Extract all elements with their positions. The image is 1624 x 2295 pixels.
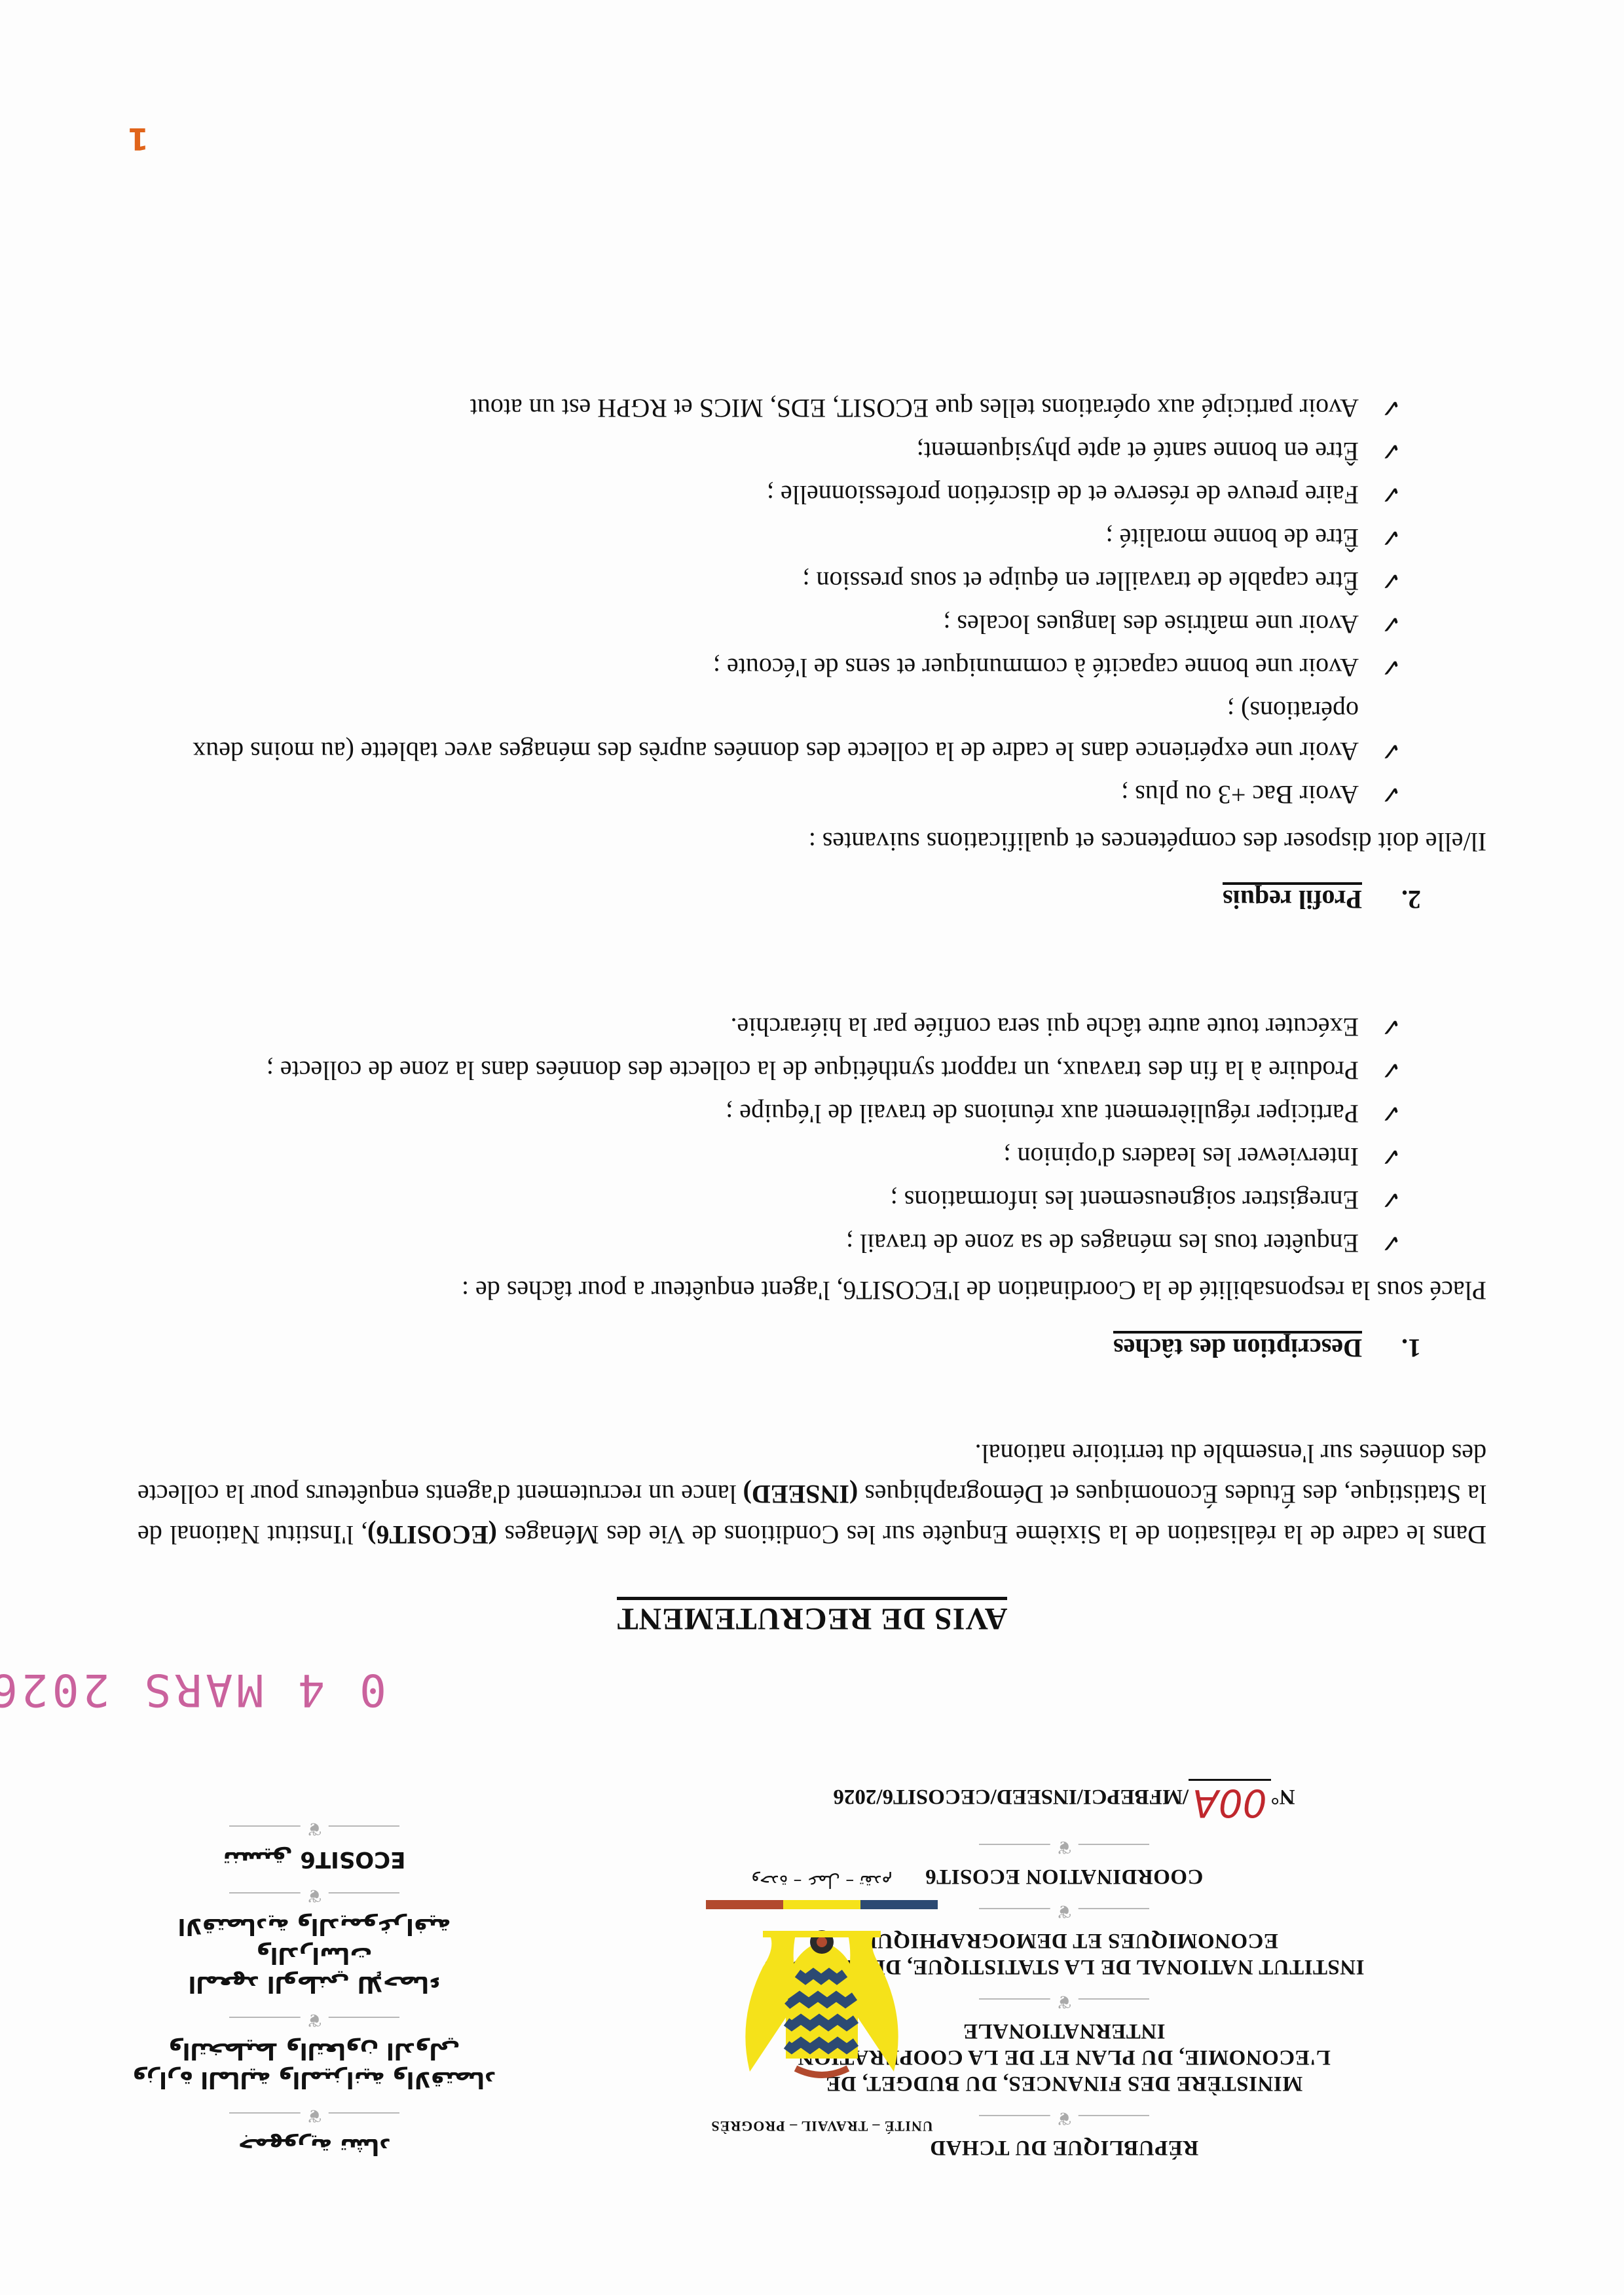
ornament-divider-icon bbox=[229, 2007, 399, 2027]
section-lead: Placé sous la responsabilité de la Coord… bbox=[138, 1270, 1486, 1311]
section-number: 2. bbox=[1362, 879, 1421, 920]
coordination-arabic: تنسيق ECOSIT6 bbox=[131, 1845, 498, 1874]
motto: UNITÉ – TRAVAIL – PROGRÈS bbox=[694, 2118, 950, 2135]
ornament-divider-icon bbox=[979, 2106, 1149, 2125]
motto-arabic: وحدة – عمل – تقدم bbox=[694, 1871, 950, 1891]
list-item: Faire preuve de réserve et de discrétion… bbox=[138, 474, 1486, 515]
page-title: AVIS DE RECRUTEMENT bbox=[0, 1601, 1624, 1637]
list-item: Être en bonne santé et apte physiquement… bbox=[138, 431, 1486, 472]
list-item: Être capable de travailler en équipe et … bbox=[138, 561, 1486, 601]
page-number: 1 bbox=[128, 121, 149, 157]
reference-number: N°00A/MFBEPCI/INSEED/CECOSIT6/2026 bbox=[720, 1781, 1408, 1825]
date-stamp-text: 0 4 MARS 2026 bbox=[0, 1664, 386, 1715]
document-page: RÉPUBLIQUE DU TCHAD MINISTÈRE DES FINANC… bbox=[0, 0, 1624, 2295]
section-number: 1. bbox=[1362, 1328, 1421, 1368]
intro-ecosit6: (ECOSIT6) bbox=[367, 1520, 497, 1550]
ornament-divider-icon bbox=[229, 1816, 399, 1836]
header-right: جمهورية تشاد وزارة المالية والميزانية وا… bbox=[131, 1807, 498, 2161]
flag-stripe-yellow bbox=[783, 1900, 860, 1909]
list-item: Avoir participé aux opérations telles qu… bbox=[138, 388, 1486, 428]
coat-of-arms-icon bbox=[724, 1928, 920, 2098]
section-heading: 2.Profil requis bbox=[138, 879, 1486, 920]
list-item: Exécuter toute autre tâche qui sera conf… bbox=[138, 1007, 1486, 1047]
ornament-divider-icon bbox=[979, 1989, 1149, 2009]
list-item: Avoir une expérience dans le cadre de la… bbox=[138, 690, 1486, 772]
national-emblem: UNITÉ – TRAVAIL – PROGRÈS bbox=[694, 1871, 950, 2135]
flag-stripe-red bbox=[706, 1900, 783, 1909]
ornament-divider-icon bbox=[229, 1883, 399, 1903]
section-title: Description des tâches bbox=[1113, 1331, 1362, 1363]
list-item: Avoir une bonne capacité à communiquer e… bbox=[138, 647, 1486, 688]
list-item: Interviewer les leaders d'opinion ; bbox=[138, 1136, 1486, 1177]
flag-bar bbox=[706, 1900, 938, 1909]
list-item: Être de bonne moralité ; bbox=[138, 517, 1486, 558]
list-item: Enquêter tous les ménages de sa zone de … bbox=[138, 1223, 1486, 1263]
task-list: Enquêter tous les ménages de sa zone de … bbox=[138, 1007, 1486, 1263]
country-name: RÉPUBLIQUE DU TCHAD bbox=[720, 2135, 1408, 2161]
section-heading: 1.Description des tâches bbox=[138, 1328, 1486, 1368]
intro-paragraph: Dans le cadre de la réalisation de la Si… bbox=[138, 1433, 1486, 1555]
ref-prefix: N° bbox=[1271, 1785, 1295, 1808]
intro-text-1: Dans le cadre de la réalisation de la Si… bbox=[497, 1520, 1486, 1550]
institute-arabic-line-2: الاقتصادية والديموغرافية bbox=[131, 1912, 498, 1941]
flag-stripe-blue bbox=[860, 1900, 938, 1909]
section-description-taches: 1.Description des tâches Placé sous la r… bbox=[138, 1004, 1486, 1368]
list-item: Avoir une maîtrise des langues locales ; bbox=[138, 604, 1486, 644]
ministry-arabic-line-1: وزارة المالية والميزانية والاقتصاد bbox=[131, 2065, 498, 2094]
page-title-text: AVIS DE RECRUTEMENT bbox=[617, 1597, 1008, 1636]
list-item: Enregistrer soigneusement les informatio… bbox=[138, 1180, 1486, 1220]
section-profil-requis: 2.Profil requis Il/elle doit disposer de… bbox=[138, 385, 1486, 920]
list-item: Avoir Bac +3 ou plus ; bbox=[138, 774, 1486, 815]
ornament-divider-icon bbox=[229, 2103, 399, 2123]
ref-suffix: /MFBEPCI/INSEED/CECOSIT6/2026 bbox=[833, 1785, 1189, 1808]
list-item: Produire à la fin des travaux, un rappor… bbox=[138, 1050, 1486, 1091]
intro-inseed: (INSEED) bbox=[743, 1480, 858, 1509]
requirements-list: Avoir Bac +3 ou plus ; Avoir une expérie… bbox=[138, 388, 1486, 815]
list-item: Participer régulièrement aux réunions de… bbox=[138, 1093, 1486, 1134]
ornament-divider-icon bbox=[979, 1835, 1149, 1854]
ornament-divider-icon bbox=[979, 1899, 1149, 1918]
ref-handwritten-number: 00A bbox=[1189, 1779, 1270, 1825]
institute-arabic-line-1: المعهد الوطني للإحصاء والدراسات bbox=[131, 1941, 498, 1998]
country-name-arabic: جمهورية تشاد bbox=[131, 2132, 498, 2161]
ministry-arabic-line-2: والتخطيط والتعاون الدولي bbox=[131, 2036, 498, 2065]
section-title: Profil requis bbox=[1223, 882, 1362, 914]
section-lead: Il/elle doit disposer des compétences et… bbox=[138, 821, 1486, 862]
